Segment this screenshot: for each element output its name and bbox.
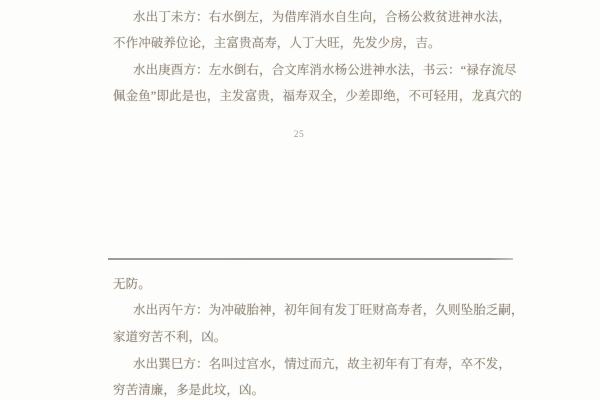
text-line: 家道穷苦不利，凶。: [113, 331, 533, 344]
text-line: 佩金鱼”即此是也，主发富贵，福寿双全，少差即绝，不可轻用，龙真穴的: [113, 90, 533, 103]
text-line: 不作冲破养位论，主富贵高寿，人丁大旺，先发少房，吉。: [113, 37, 533, 50]
text-line: 水出丁未方：右水倒左，为借库消水自生向，合杨公救贫进神水法，: [133, 11, 553, 24]
text-line: 水出巽巳方：名叫过宫水，情过而亢，故主初年有丁有寿，卒不发，: [133, 358, 553, 371]
page-separator-line: [108, 258, 513, 260]
text-line: 无防。: [113, 278, 533, 291]
text-line: 水出丙午方：为冲破胎神，初年间有发丁旺财高寿者，久则坠胎乏嗣，: [133, 304, 553, 317]
document-viewer: 水出丁未方：右水倒左，为借库消水自生向，合杨公救贫进神水法， 不作冲破养位论，主…: [0, 0, 600, 400]
text-line: 水出庚酉方：左水倒右，合文库消水杨公进神水法，书云：“禄存流尽: [133, 64, 553, 77]
text-line: 穷苦清廉，多是此坟，凶。: [113, 384, 533, 397]
page-number: 25: [284, 130, 314, 140]
